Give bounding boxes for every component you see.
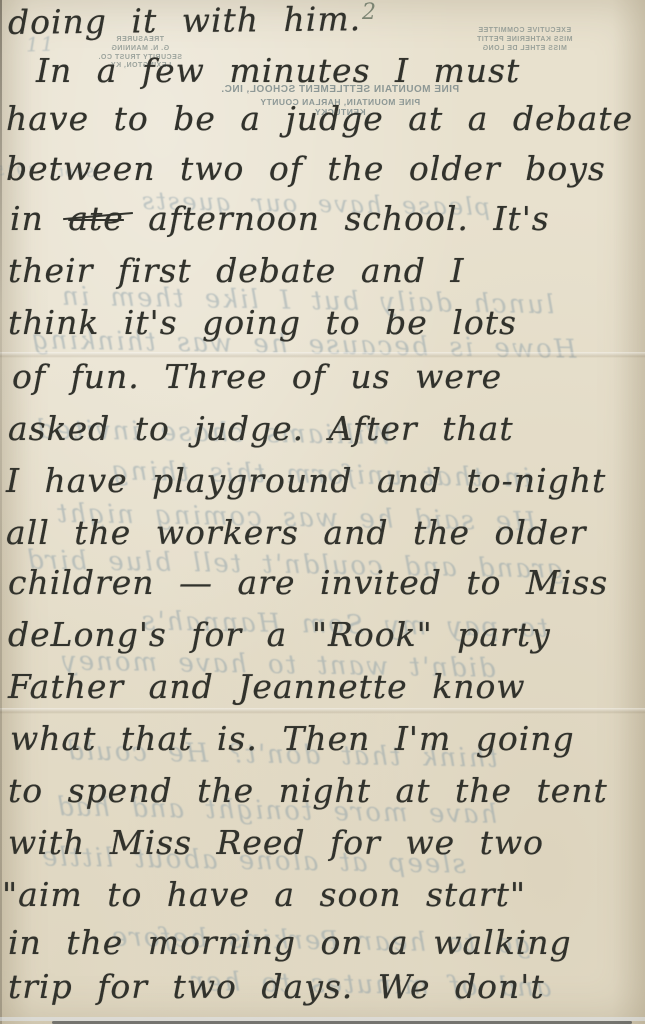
handwritten-line: in ate afternoon school. It's (10, 202, 550, 235)
handwritten-line: Father and Jeannette know (8, 670, 526, 703)
handwritten-line: between two of the older boys (6, 152, 606, 185)
handwritten-line: with Miss Reed for we two (8, 826, 544, 859)
handwritten-line: to spend the night at the tent (8, 774, 608, 807)
handwritten-line: have to be a judge at a debate (6, 102, 633, 135)
fold-crease (0, 708, 645, 714)
letterhead-line: EXECUTIVE COMMITTEE (452, 27, 597, 36)
handwritten-line: in the morning on a walking (8, 926, 572, 959)
struck-word: ate (68, 199, 123, 238)
letterhead-line: MISS KATHERINE PETTIT (452, 36, 597, 45)
line-text: in (10, 199, 68, 238)
handwritten-line: think it's going to be lots (8, 306, 517, 339)
handwritten-line: "aim to have a soon start" (2, 878, 526, 911)
handwritten-line: what that is. Then I'm going (10, 722, 575, 755)
handwritten-line: trip for two days. We don't (8, 970, 545, 1003)
handwritten-line: asked to judge. After that (8, 412, 514, 445)
handwritten-line: their first debate and I (8, 254, 464, 287)
handwritten-line: In a few minutes I must (36, 54, 520, 87)
letterhead-bleedthrough-right: EXECUTIVE COMMITTEE MISS KATHERINE PETTI… (452, 27, 597, 53)
handwritten-letter-page: TREASURER G. N. MANNING SECURITY TRUST C… (0, 0, 645, 1024)
handwritten-line: doing it with him. (8, 2, 361, 39)
line-text: afternoon school. It's (124, 199, 550, 238)
handwritten-line: deLong's for a "Rook" party (8, 618, 551, 651)
scan-edge-left (0, 0, 2, 1024)
page-number: 2 (362, 0, 376, 25)
handwritten-line: I have playground and to-night (6, 464, 606, 497)
handwritten-line: children — are invited to Miss (8, 566, 608, 599)
handwritten-line: of fun. Three of us were (12, 360, 502, 393)
handwritten-line: all the workers and the older (6, 516, 586, 549)
